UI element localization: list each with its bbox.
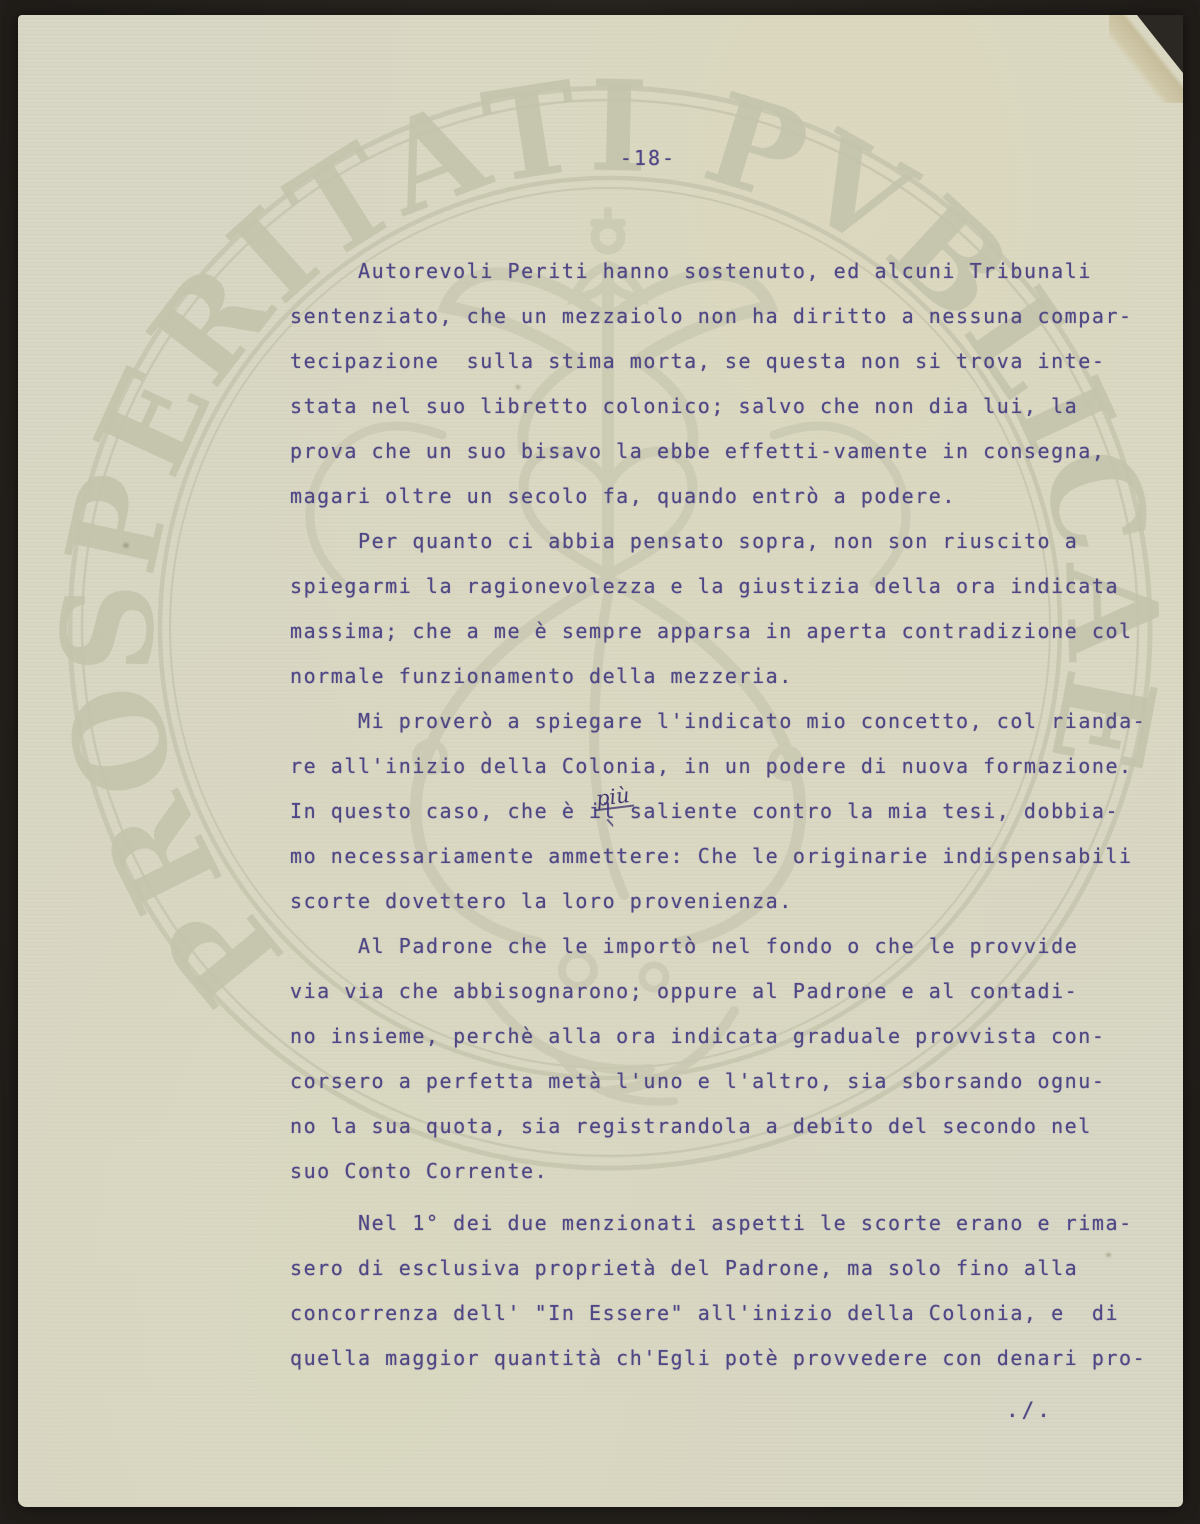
paragraph: Per quanto ci abbia pensato sopra, non s… (290, 519, 1170, 699)
typewritten-line: stata nel suo libretto colonico; salvo c… (290, 384, 1170, 429)
typewritten-line: massima; che a me è sempre apparsa in ap… (290, 609, 1170, 654)
typewritten-line: magari oltre un secolo fa, quando entrò … (290, 474, 1170, 519)
typewritten-line: In questo caso, che è il saliente contro… (290, 789, 1170, 834)
typewritten-line: sero di esclusiva proprietà del Padrone,… (290, 1246, 1170, 1291)
paper-speck (1106, 1253, 1111, 1257)
paragraph: Nel 1° dei due menzionati aspetti le sco… (290, 1201, 1170, 1381)
typewritten-text-block: Autorevoli Periti hanno sostenuto, ed al… (290, 249, 1170, 1381)
typewritten-line: mo necessariamente ammettere: Che le ori… (290, 834, 1170, 879)
typewritten-line: Mi proverò a spiegare l'indicato mio con… (290, 699, 1170, 744)
paragraph: Mi proverò a spiegare l'indicato mio con… (290, 699, 1170, 924)
typewritten-line: prova che un suo bisavo la ebbe effetti-… (290, 429, 1170, 474)
typewritten-line: Per quanto ci abbia pensato sopra, non s… (290, 519, 1170, 564)
typewritten-line: scorte dovettero la loro provenienza. (290, 879, 1170, 924)
continuation-mark: ./. (1006, 1398, 1053, 1422)
typewritten-line: no la sua quota, sia registrandola a deb… (290, 1104, 1170, 1149)
typewritten-line: normale funzionamento della mezzeria. (290, 654, 1170, 699)
paragraph: Al Padrone che le importò nel fondo o ch… (290, 924, 1170, 1194)
typewritten-line: sentenziato, che un mezzaiolo non ha dir… (290, 294, 1170, 339)
typewritten-line: suo Conto Corrente. (290, 1149, 1170, 1194)
typewritten-line: spiegarmi la ragionevolezza e la giustiz… (290, 564, 1170, 609)
typewritten-line: quella maggior quantità ch'Egli potè pro… (290, 1336, 1170, 1381)
typewritten-line: concorrenza dell' "In Essere" all'inizio… (290, 1291, 1170, 1336)
typewritten-line: corsero a perfetta metà l'uno e l'altro,… (290, 1059, 1170, 1104)
typewritten-line: no insieme, perchè alla ora indicata gra… (290, 1014, 1170, 1059)
typewritten-line: re all'inizio della Colonia, in un poder… (290, 744, 1170, 789)
typewritten-line: Nel 1° dei due menzionati aspetti le sco… (290, 1201, 1170, 1246)
clipped-corner (1137, 15, 1183, 73)
typewritten-line: via via che abbisognarono; oppure al Pad… (290, 969, 1170, 1014)
paper-speck (123, 543, 129, 548)
typewritten-line: tecipazione sulla stima morta, se questa… (290, 339, 1170, 384)
paragraph: Autorevoli Periti hanno sostenuto, ed al… (290, 249, 1170, 519)
page-number: -18- (578, 146, 718, 170)
paper-speck (370, 1167, 377, 1172)
typewritten-line: Autorevoli Periti hanno sostenuto, ed al… (290, 249, 1170, 294)
typewritten-line: Al Padrone che le importò nel fondo o ch… (290, 924, 1170, 969)
paper-speck (516, 385, 520, 389)
document-page: PROSPERITATI PVBLICAE (18, 15, 1183, 1507)
